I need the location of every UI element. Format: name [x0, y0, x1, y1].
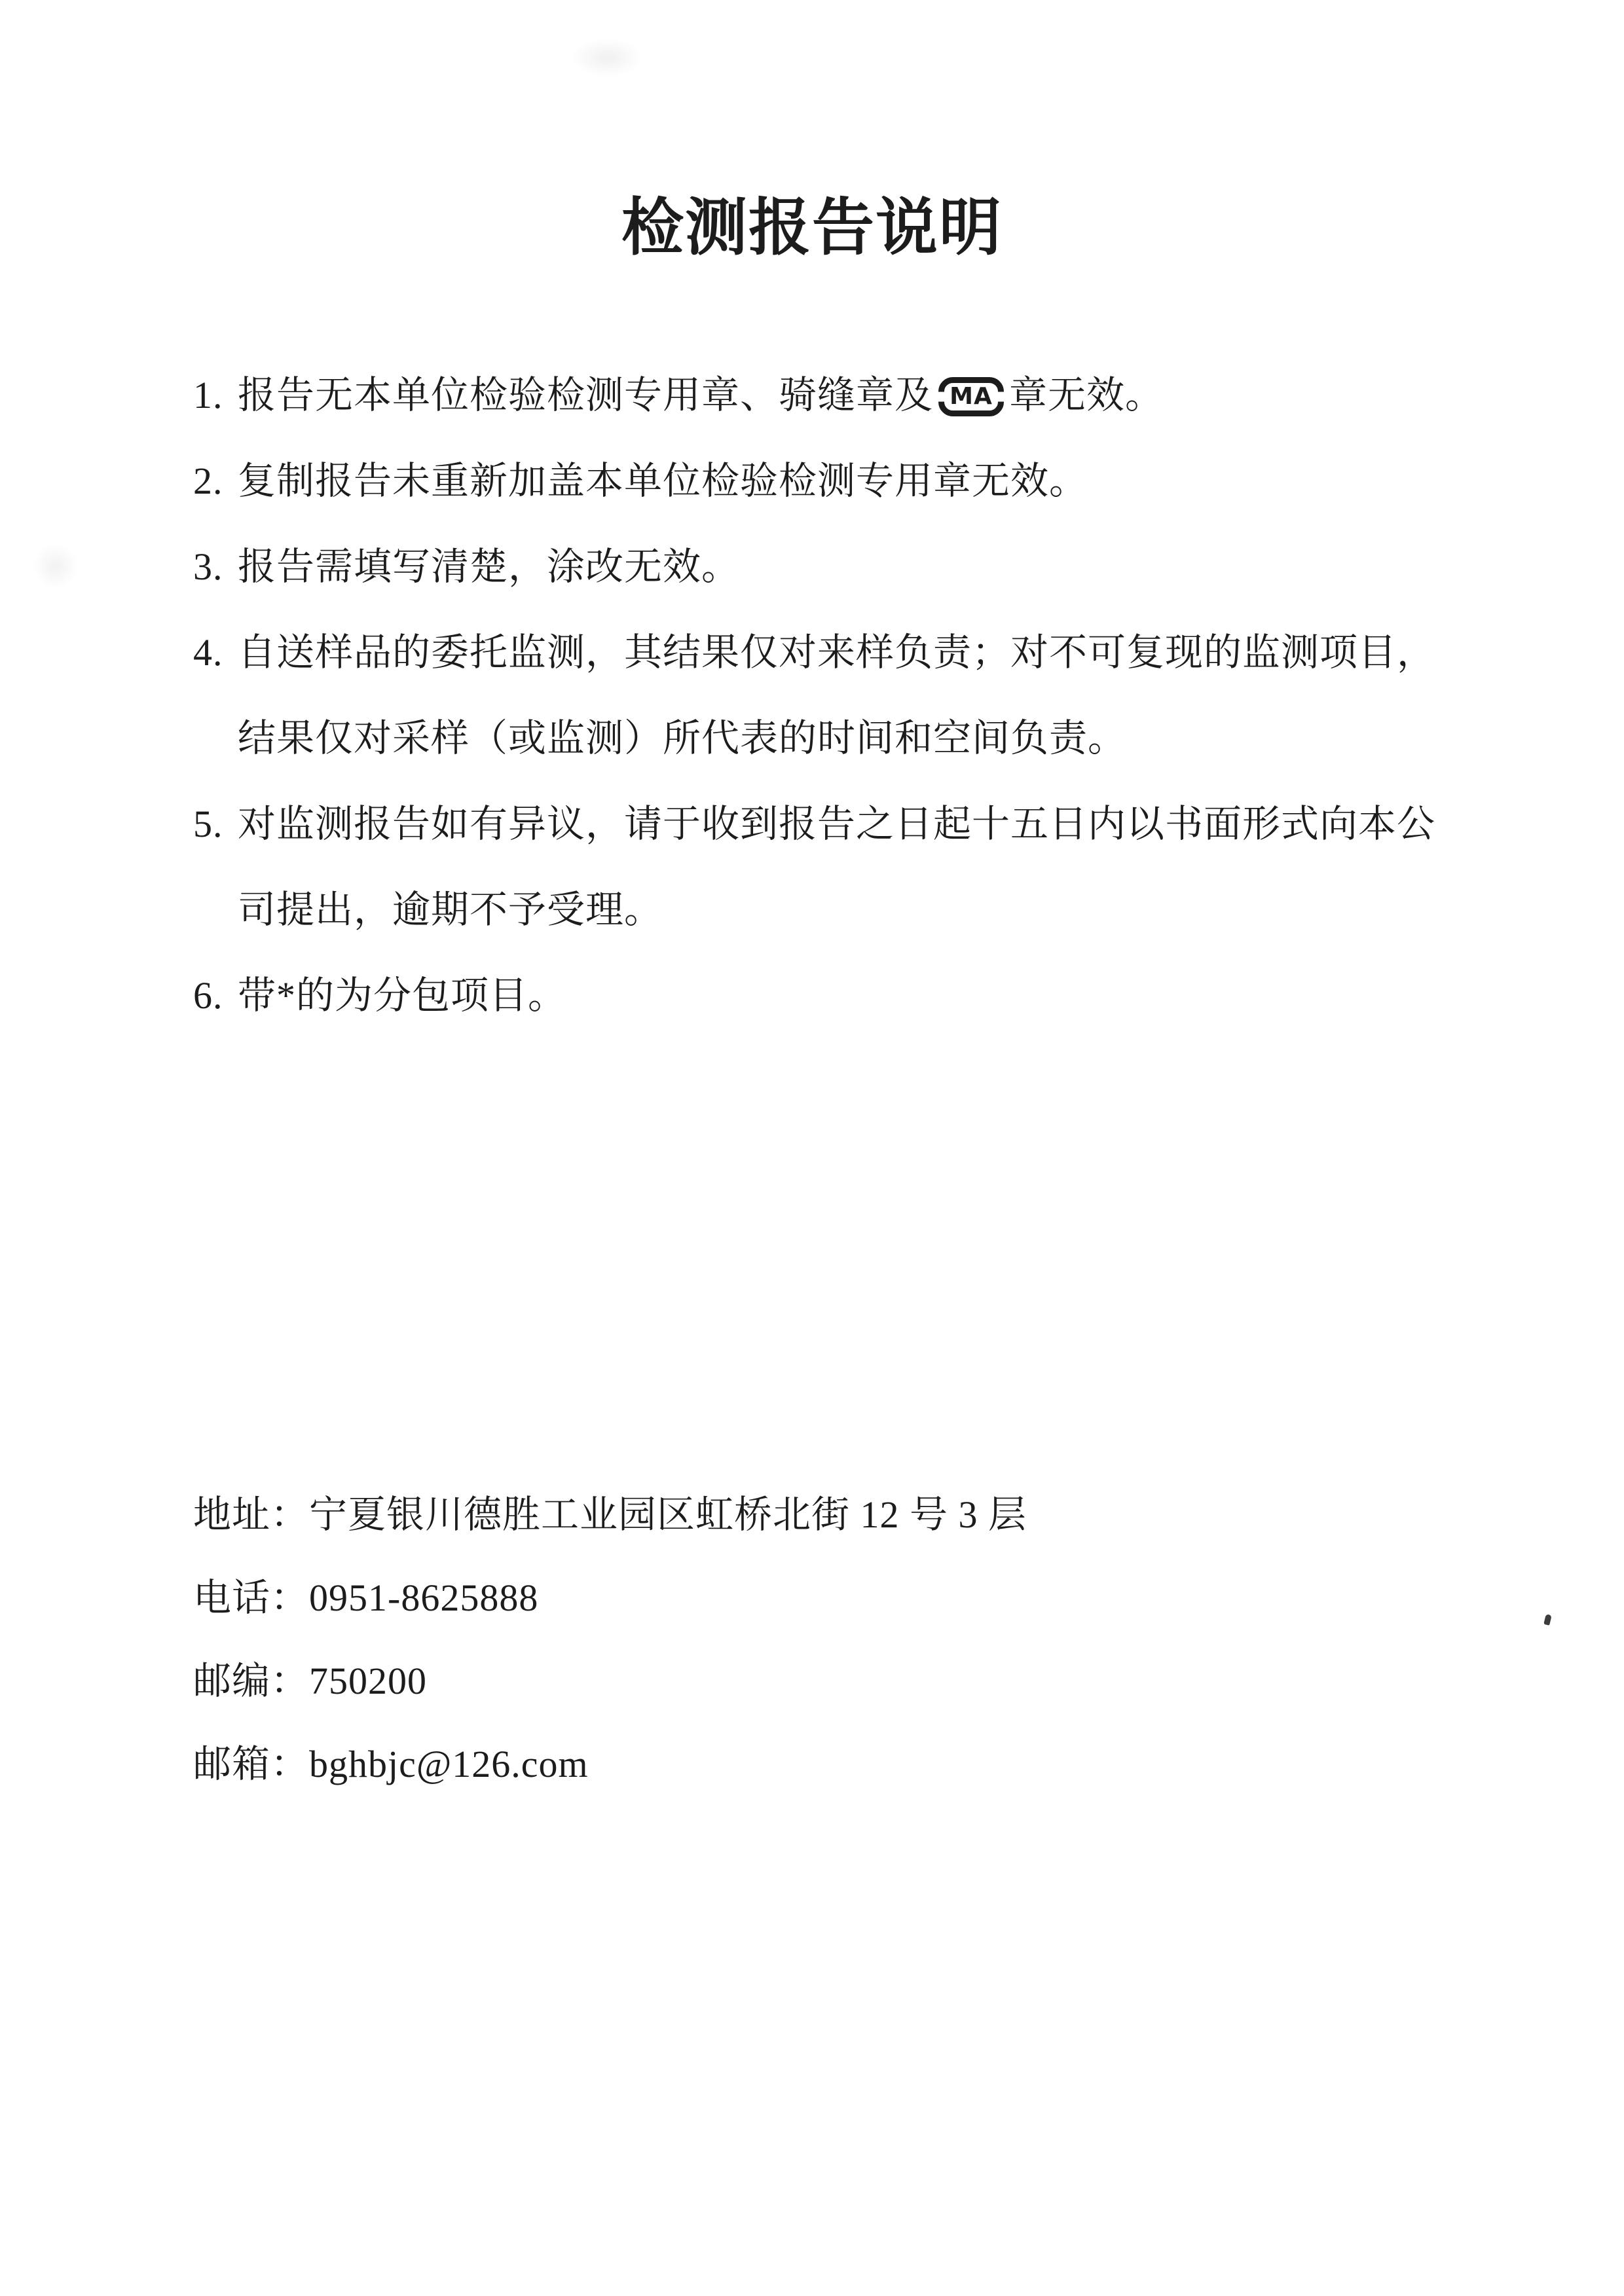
notes-list: 1. 报告无本单位检验检测专用章、骑缝章及MA章无效。 2. 复制报告未重新加盖… — [193, 352, 1444, 1038]
contact-label: 邮箱： — [193, 1743, 309, 1785]
item-number: 4. — [193, 610, 238, 695]
contact-label: 邮编： — [193, 1660, 309, 1702]
list-item: 6. 带*的为分包项目。 — [193, 953, 1444, 1038]
contact-row-address: 地址：宁夏银川德胜工业园区虹桥北街 12 号 3 层 — [193, 1473, 1027, 1556]
cma-mark-letters: MA — [950, 385, 993, 409]
scan-smudge-artifact — [33, 543, 79, 589]
list-item: 1. 报告无本单位检验检测专用章、骑缝章及MA章无效。 — [193, 352, 1444, 438]
contact-label: 地址： — [193, 1493, 309, 1536]
item-number: 2. — [193, 438, 238, 524]
item-text: 对监测报告如有异议，请于收到报告之日起十五日内以书面形式向本公 司提出，逾期不予… — [238, 781, 1444, 953]
list-item: 3. 报告需填写清楚，涂改无效。 — [193, 524, 1444, 610]
contact-block: 地址：宁夏银川德胜工业园区虹桥北街 12 号 3 层 电话：0951-86258… — [193, 1473, 1027, 1806]
report-notes-page: 检测报告说明 1. 报告无本单位检验检测专用章、骑缝章及MA章无效。 2. 复制… — [0, 0, 1624, 2296]
cma-mark-icon: MA — [938, 377, 1004, 416]
item-text: 自送样品的委托监测，其结果仅对来样负责；对不可复现的监测项目， 结果仅对采样（或… — [238, 610, 1444, 781]
item-number: 5. — [193, 781, 238, 867]
contact-row-postcode: 邮编：750200 — [193, 1639, 1027, 1722]
item-text: 报告需填写清楚，涂改无效。 — [238, 524, 1444, 610]
item-number: 6. — [193, 953, 238, 1038]
contact-row-email: 邮箱：bghbjc@126.com — [193, 1722, 1027, 1806]
item-number: 3. — [193, 524, 238, 610]
list-item: 5. 对监测报告如有异议，请于收到报告之日起十五日内以书面形式向本公 司提出，逾… — [193, 781, 1444, 953]
contact-value: 宁夏银川德胜工业园区虹桥北街 12 号 3 层 — [309, 1493, 1027, 1536]
page-title: 检测报告说明 — [0, 194, 1624, 263]
contact-value: bghbjc@126.com — [309, 1743, 589, 1785]
list-item: 2. 复制报告未重新加盖本单位检验检测专用章无效。 — [193, 438, 1444, 524]
scan-smudge-artifact — [571, 38, 643, 77]
contact-value: 0951-8625888 — [309, 1576, 538, 1619]
contact-row-phone: 电话：0951-8625888 — [193, 1556, 1027, 1639]
contact-label: 电话： — [193, 1576, 309, 1619]
item-text: 报告无本单位检验检测专用章、骑缝章及MA章无效。 — [238, 352, 1444, 438]
item-text: 复制报告未重新加盖本单位检验检测专用章无效。 — [238, 438, 1444, 524]
item-text: 带*的为分包项目。 — [238, 953, 1444, 1038]
item-number: 1. — [193, 352, 238, 438]
stray-ink-mark-artifact — [1543, 1614, 1552, 1626]
item-text-after: 章无效。 — [1009, 374, 1164, 416]
item-text-before: 报告无本单位检验检测专用章、骑缝章及 — [238, 374, 933, 416]
list-item: 4. 自送样品的委托监测，其结果仅对来样负责；对不可复现的监测项目， 结果仅对采… — [193, 610, 1444, 781]
contact-value: 750200 — [309, 1660, 427, 1702]
